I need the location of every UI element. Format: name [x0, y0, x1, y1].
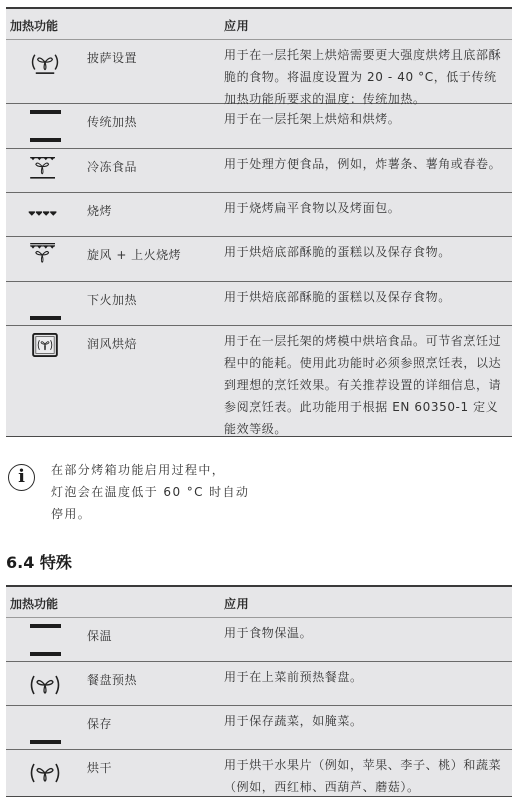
function-name: 披萨设置: [85, 40, 224, 103]
table-row: 旋风 + 上火烧烤 用于烘焙底部酥脆的蛋糕以及保存食物。: [6, 237, 512, 282]
function-description: 用于烘干水果片（例如，苹果、李子、桃）和蔬菜（例如，西红柿、西葫芦、蘑菇）。: [224, 745, 512, 796]
function-name: 旋风 + 上火烧烤: [85, 237, 224, 281]
moist-fan-baking-icon: [6, 326, 85, 436]
bottom-heat-icon: [6, 282, 85, 325]
turbo-grilling-icon: [6, 237, 85, 281]
function-name: 下火加热: [85, 282, 224, 325]
pizza-setting-icon: [6, 40, 85, 103]
function-name: 润风烘焙: [85, 326, 224, 436]
function-description: 用于保存蔬菜，如腌菜。: [224, 701, 512, 749]
conventional-heating-icon: [6, 104, 85, 148]
function-name: 传统加热: [85, 104, 224, 148]
info-line: 停用。: [51, 503, 249, 525]
function-name: 烧烤: [85, 193, 224, 236]
section-title: 6.4 特殊: [6, 550, 72, 573]
table-row: 餐盘预热 用于在上菜前预热餐盘。: [6, 662, 512, 706]
table-row: 润风烘焙 用于在一层托架的烤模中烘培食品。可节省烹饪过程中的能耗。使用此功能时必…: [6, 326, 512, 437]
drying-icon: [6, 750, 85, 796]
info-line: 在部分烤箱功能启用过程中，: [51, 459, 249, 481]
function-description: 用于食物保温。: [224, 613, 512, 661]
preserving-icon: [6, 706, 85, 749]
special-functions-table: 加热功能 应用 保温 用于食物保温。 餐盘预热 用于在上菜前预热餐盘。: [6, 585, 512, 797]
function-description: 用于烘焙底部酥脆的蛋糕以及保存食物。: [224, 232, 512, 281]
table-row: 保温 用于食物保温。: [6, 618, 512, 662]
info-line: 灯泡会在温度低于 60 °C 时自动: [51, 481, 249, 503]
function-name: 保温: [85, 618, 224, 661]
frozen-foods-icon: [6, 149, 85, 192]
table-row: 披萨设置 用于在一层托架上烘焙需要更大强度烘烤且底部酥脆的食物。将温度设置为 2…: [6, 40, 512, 104]
function-name: 冷冻食品: [85, 149, 224, 192]
table-row: 保存 用于保存蔬菜，如腌菜。: [6, 706, 512, 750]
function-description: 用于在一层托架上烘焙和烘烤。: [224, 99, 512, 148]
keep-warm-icon: [6, 618, 85, 661]
plate-warming-icon: [6, 662, 85, 705]
function-description: 用于处理方便食品，例如，炸薯条、薯角或春卷。: [224, 144, 512, 192]
table-row: 下火加热 用于烘焙底部酥脆的蛋糕以及保存食物。: [6, 282, 512, 326]
header-heating-function: 加热功能: [6, 587, 224, 617]
table-row: 冷冻食品 用于处理方便食品，例如，炸薯条、薯角或春卷。: [6, 149, 512, 193]
function-description: 用于烧烤扁平食物以及烤面包。: [224, 188, 512, 236]
function-name: 烘干: [85, 750, 224, 796]
heating-functions-table: 加热功能 应用 披萨设置 用于在一层托架上烘焙需要更大强度烘烤且底部酥脆的食物。…: [6, 7, 512, 437]
info-text: 在部分烤箱功能启用过程中， 灯泡会在温度低于 60 °C 时自动 停用。: [51, 459, 249, 525]
table-row: 传统加热 用于在一层托架上烘焙和烘烤。: [6, 104, 512, 149]
info-icon: i: [8, 464, 35, 491]
table-row: 烘干 用于烘干水果片（例如，苹果、李子、桃）和蔬菜（例如，西红柿、西葫芦、蘑菇）…: [6, 750, 512, 797]
function-description: 用于在一层托架的烤模中烘培食品。可节省烹饪过程中的能耗。使用此功能时必须参照烹饪…: [224, 321, 512, 436]
grill-icon: [6, 193, 85, 236]
table-row: 烧烤 用于烧烤扁平食物以及烤面包。: [6, 193, 512, 237]
function-description: 用于烘焙底部酥脆的蛋糕以及保存食物。: [224, 277, 512, 325]
function-description: 用于在上菜前预热餐盘。: [224, 657, 512, 705]
header-heating-function: 加热功能: [6, 9, 224, 39]
function-description: 用于在一层托架上烘焙需要更大强度烘烤且底部酥脆的食物。将温度设置为 20 - 4…: [224, 35, 512, 103]
function-name: 保存: [85, 706, 224, 749]
function-name: 餐盘预热: [85, 662, 224, 705]
